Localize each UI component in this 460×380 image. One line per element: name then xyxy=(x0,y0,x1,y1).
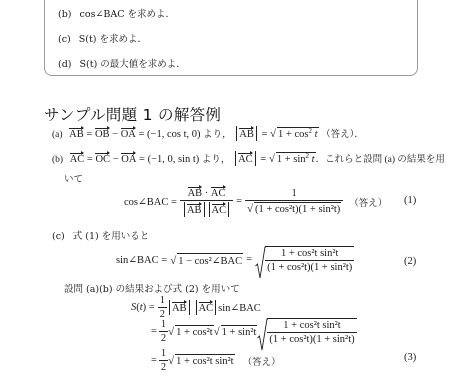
solution-heading: サンプル問題 1 の解答例 xyxy=(44,103,221,125)
vector-ab: AB xyxy=(69,127,84,140)
answer-mark: （答え） xyxy=(349,195,387,209)
vector-oa: OA xyxy=(121,152,136,165)
eq1-lhs: cos∠BAC = xyxy=(124,196,177,208)
equation-3-line-1: S(t) = 12 AB AC sin∠BAC xyxy=(131,295,261,320)
vector-oc: OC xyxy=(95,152,110,165)
dot-product-fraction: AB · AC ABAC xyxy=(180,186,233,217)
equation-1: cos∠BAC = AB · AC ABAC = 1 √(1 + cos²t)(… xyxy=(124,186,387,217)
problem-item-b: (b) cos∠BAC を求めよ． xyxy=(58,6,175,20)
equation-number-1: (1) xyxy=(404,195,416,206)
vector-ob: OB xyxy=(95,127,110,140)
problem-item-c: (c) S(t) を求めよ． xyxy=(58,31,147,45)
item-label: (d) xyxy=(58,59,72,70)
vector-components: = (−1, 0, sin t) xyxy=(139,154,199,165)
yori-text: より， xyxy=(203,130,232,140)
vector-components: = (−1, cos t, 0) xyxy=(139,129,201,140)
intro-text-2: 設問 (a)(b) の結果および式 (2) を用いて xyxy=(64,281,240,295)
norm-ac: AC xyxy=(238,152,253,165)
result-fraction: 1 √(1 + cos²t)(1 + sin²t) xyxy=(245,188,343,215)
part-a: (a) AB = OB − OA = (−1, cos t, 0) より， AB… xyxy=(52,126,364,141)
problem-item-d: (d) S(t) の最大値を求めよ． xyxy=(58,56,186,70)
part-c-intro: (c) 式 (1) を用いると xyxy=(52,228,149,242)
big-sqrt: 1 + cos²t sin²t(1 + cos²t)(1 + sin²t) xyxy=(255,246,354,273)
continuation-text: ．これらと設問 (a) の結果を用 xyxy=(316,155,445,165)
vector-oa: OA xyxy=(121,127,136,140)
part-a-label: (a) xyxy=(52,130,63,140)
answer-mark: （答え） xyxy=(243,354,281,368)
item-label: (b) xyxy=(58,9,72,20)
sqrt-expression: √1 + cos2 t xyxy=(270,127,318,140)
part-b: (b) AC = OC − OA = (−1, 0, sin t) より， AC… xyxy=(52,151,445,166)
equation-3-line-3: = 12 √1 + cos²t sin²t （答え） xyxy=(151,348,281,373)
part-b-label: (b) xyxy=(52,155,63,165)
part-c-label: (c) xyxy=(52,231,65,242)
vector-ac: AC xyxy=(70,152,85,165)
yori-text: より， xyxy=(202,155,231,165)
norm-ab: AB xyxy=(239,127,254,140)
continuation-text-2: いて xyxy=(64,171,83,185)
equation-number-3: (3) xyxy=(404,352,416,363)
item-label: (c) xyxy=(58,34,71,45)
item-text: cos∠BAC を求めよ． xyxy=(80,9,176,20)
sqrt-expression: √1 + sin2 t xyxy=(269,152,316,165)
eq2-lhs: sin∠BAC = xyxy=(116,254,167,266)
answer-mark: （答え）． xyxy=(321,130,364,140)
item-text: S(t) を求めよ． xyxy=(79,34,147,45)
intro-text: 式 (1) を用いると xyxy=(73,231,150,242)
equation-number-2: (2) xyxy=(404,256,416,267)
item-text: S(t) の最大値を求めよ． xyxy=(80,59,186,70)
equation-3-line-2: = 12 √1 + cos²t √1 + sin²t 1 + cos²t sin… xyxy=(151,318,357,345)
equation-2: sin∠BAC = √1 − cos²∠BAC = 1 + cos²t sin²… xyxy=(116,246,354,273)
